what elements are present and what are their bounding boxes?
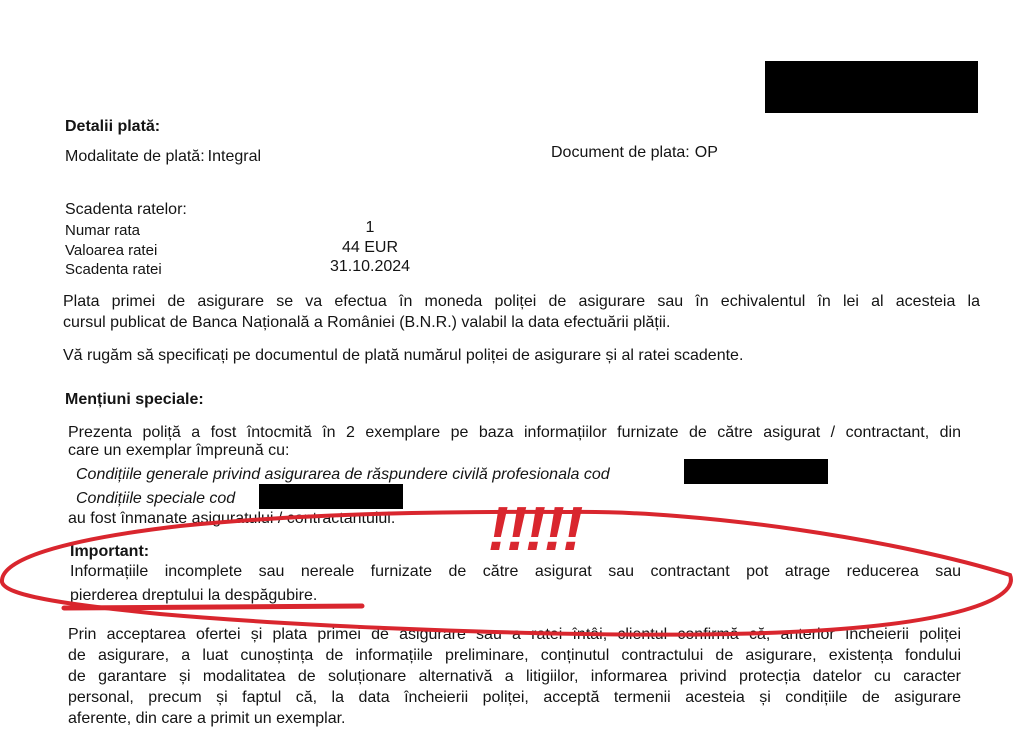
acceptance-line-5: aferente, din care a primit un exemplar. [68,708,961,729]
payment-currency-paragraph: Plata primei de asigurare se va efectua … [63,293,980,311]
installment-label-due: Scadenta ratei [65,261,162,279]
installments-heading: Scadenta ratelor: [65,201,187,219]
payment-document: Document de plata:OP [551,144,718,162]
redacted-special-conditions-code [259,484,403,509]
payment-method-value: Integral [208,148,261,165]
important-line-1: Informațiile incomplete sau nereale furn… [70,563,961,581]
installment-label-value: Valoarea ratei [65,242,157,260]
special-mentions-paragraph: Prezenta poliță a fost întocmită în 2 ex… [68,424,961,442]
acceptance-line-4: personal, precum și faptul că, la data î… [68,687,961,708]
acceptance-paragraph: Prin acceptarea ofertei și plata primei … [68,624,961,729]
special-mentions-line-5: au fost înmanate asiguratului / contract… [68,510,395,528]
payment-document-value: OP [695,144,718,161]
underline-mark [64,606,362,608]
payment-text-line-1: Plata primei de asigurare se va efectua … [63,293,980,311]
installment-value-amount: 44 EUR [320,239,420,257]
exclamation-marks: !!!!! [488,497,581,563]
acceptance-line-1: Prin acceptarea ofertei și plata primei … [68,624,961,645]
acceptance-line-3: de garantare și modalitatea de soluționa… [68,666,961,687]
redacted-header-block [765,61,978,113]
special-mentions-line-2: care un exemplar împreună cu: [68,442,289,460]
general-conditions: Condițiile generale privind asigurarea d… [76,466,610,484]
special-conditions: Condițiile speciale cod [76,490,235,508]
important-heading: Important: [70,543,149,561]
acceptance-line-2: de asigurare, a luat cunoștința de infor… [68,645,961,666]
payment-instruction: Vă rugăm să specificați pe documentul de… [63,347,743,365]
important-line-2: pierderea dreptului la despăgubire. [70,587,317,605]
special-mentions-line-1: Prezenta poliță a fost întocmită în 2 ex… [68,424,961,442]
installment-label-number: Numar rata [65,222,140,240]
special-mentions-heading: Mențiuni speciale: [65,391,204,409]
payment-method-label: Modalitate de plată: [65,148,205,165]
payment-details-heading: Detalii plată: [65,118,160,136]
payment-document-label: Document de plata: [551,144,690,161]
important-paragraph: Informațiile incomplete sau nereale furn… [70,563,961,581]
redacted-general-conditions-code [684,459,828,484]
installment-value-due-date: 31.10.2024 [312,258,428,276]
installment-value-number: 1 [320,219,420,237]
payment-method: Modalitate de plată:Integral [65,148,261,166]
payment-text-line-2: cursul publicat de Banca Națională a Rom… [63,314,670,332]
